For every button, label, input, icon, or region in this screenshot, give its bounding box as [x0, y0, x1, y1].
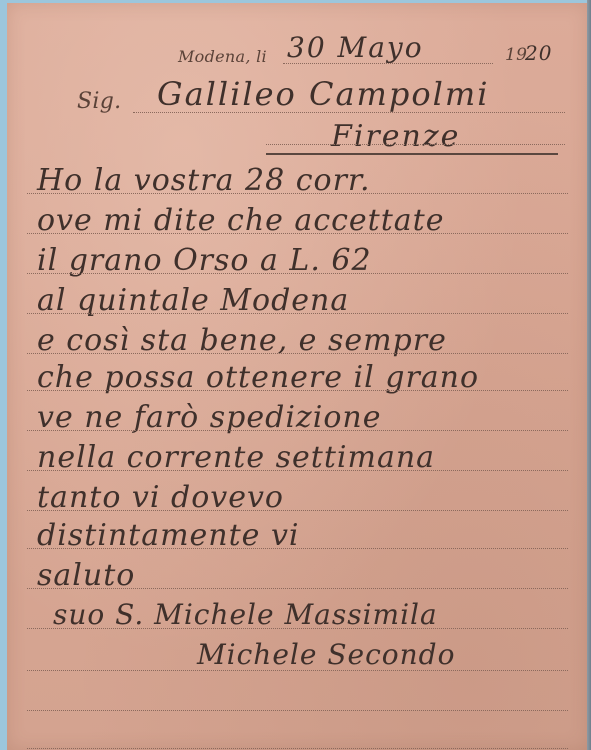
year-handwritten: 20: [525, 41, 552, 65]
ruled-line-12: [27, 628, 568, 629]
ruled-line-3: [27, 273, 568, 274]
recipient-city: Firenze: [331, 119, 460, 154]
photo-background: Modena, li 30 Mayo 19 20 Sig. Gallileo C…: [0, 0, 591, 750]
ruled-line-10: [27, 548, 568, 549]
city-dotted-line: [266, 144, 565, 145]
year-printed: 19: [505, 45, 527, 65]
signature: Michele Secondo: [197, 638, 455, 671]
ruled-line-7: [27, 430, 568, 431]
ruled-line-11: [27, 588, 568, 589]
ruled-line-14: [27, 710, 568, 711]
postcard: Modena, li 30 Mayo 19 20 Sig. Gallileo C…: [7, 3, 588, 750]
photo-edge: [587, 0, 591, 750]
ruled-line-9: [27, 510, 568, 511]
city-underline: [266, 153, 558, 155]
ruled-line-6: [27, 390, 568, 391]
salutation-prefix: Sig.: [77, 89, 121, 114]
ruled-line-13: [27, 670, 568, 671]
recipient-name: Gallileo Campolmi: [157, 75, 489, 113]
ruled-line-15: [27, 748, 568, 749]
ruled-line-4: [27, 313, 568, 314]
ruled-line-2: [27, 233, 568, 234]
date-handwritten: 30 Mayo: [287, 31, 424, 64]
recipient-dotted-line: [133, 112, 565, 113]
ruled-line-1: [27, 193, 568, 194]
date-dotted-line: [283, 63, 493, 64]
place-label: Modena, li: [178, 47, 267, 66]
ruled-line-8: [27, 470, 568, 471]
closing-line: suo S. Michele Massimila: [53, 598, 438, 631]
ruled-line-5: [27, 353, 568, 354]
